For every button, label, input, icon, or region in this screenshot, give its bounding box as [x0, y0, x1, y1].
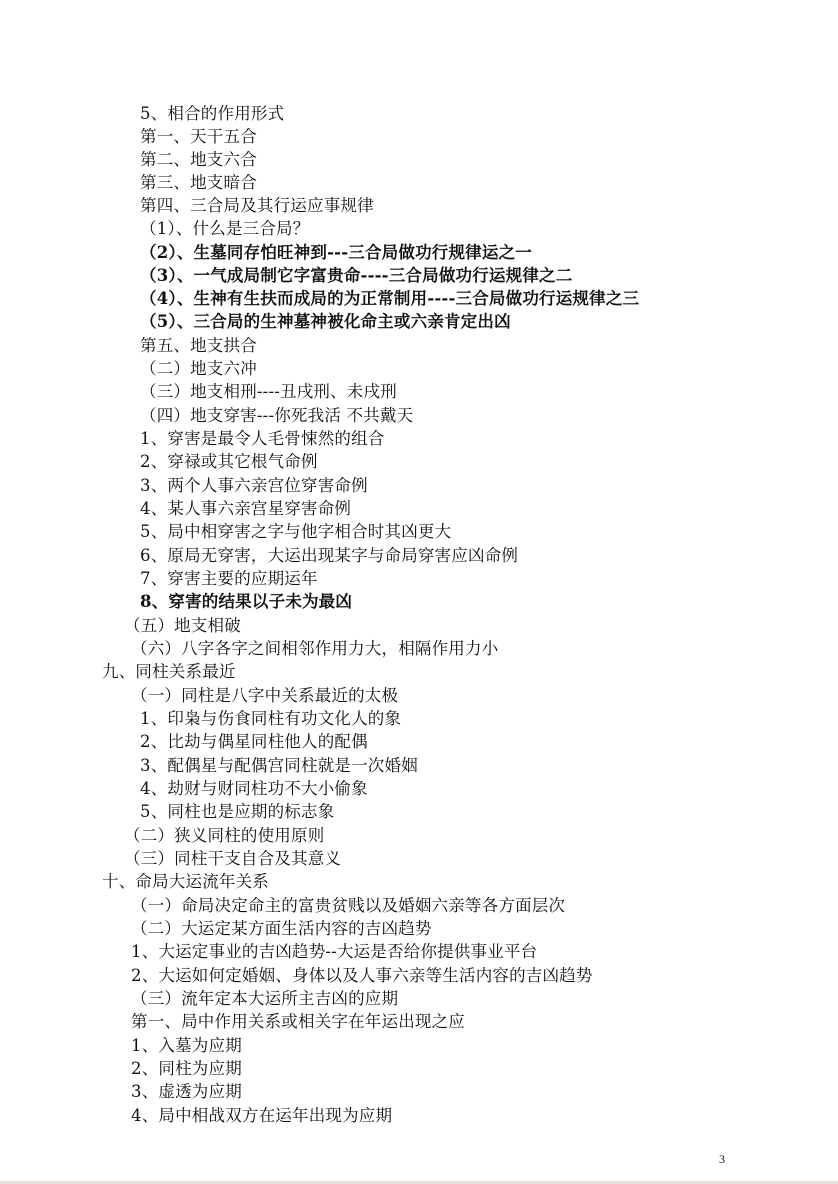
- outline-line: 4、局中相战双方在运年出现为应期: [131, 1106, 392, 1126]
- outline-line: 4、劫财与财同柱功不大小偷象: [140, 779, 368, 799]
- outline-line: 第三、地支暗合: [140, 173, 257, 193]
- outline-line: 2、同柱为应期: [131, 1059, 242, 1079]
- outline-line: 第四、三合局及其行运应事规律: [140, 196, 374, 216]
- outline-line: 1、大运定事业的吉凶趋势--大运是否给你提供事业平台: [131, 942, 537, 962]
- outline-line: 第一、天干五合: [140, 127, 257, 147]
- outline-line: （3）、一气成局制它字富贵命----三合局做功行运规律之二: [140, 266, 572, 286]
- document-page: 5、相合的作用形式第一、天干五合第二、地支六合第三、地支暗合第四、三合局及其行运…: [0, 0, 838, 1184]
- outline-line: （4）、生神有生扶而成局的为正常制用----三合局做功行运规律之三: [140, 289, 639, 309]
- outline-line: 7、穿害主要的应期运年: [140, 569, 318, 589]
- outline-line: 1、入墓为应期: [131, 1036, 242, 1056]
- outline-line: （一）命局决定命主的富贵贫贱以及婚姻六亲等各方面层次: [131, 896, 565, 916]
- outline-line: （三）同柱干支自合及其意义: [124, 849, 341, 869]
- outline-line: 3、虚透为应期: [131, 1082, 242, 1102]
- outline-line: 5、局中相穿害之字与他字相合时其凶更大: [140, 522, 451, 542]
- outline-line: 第一、局中作用关系或相关字在年运出现之应: [131, 1012, 465, 1032]
- outline-line: 第二、地支六合: [140, 150, 257, 170]
- outline-line: （三）地支相刑----丑戌刑、未戌刑: [140, 382, 397, 402]
- outline-line: （三）流年定本大运所主吉凶的应期: [131, 989, 398, 1009]
- outline-line: 5、同柱也是应期的标志象: [140, 802, 334, 822]
- outline-line: （2）、生墓同存怕旺神到---三合局做功行规律运之一: [140, 243, 532, 263]
- outline-line: （1）、什么是三合局？: [140, 219, 309, 239]
- outline-line: 十、命局大运流年关系: [102, 872, 269, 892]
- outline-line: 1、印枭与伤食同柱有功文化人的象: [140, 709, 401, 729]
- outline-line: 5、相合的作用形式: [140, 104, 284, 124]
- outline-line: 2、比劫与偶星同柱他人的配偶: [140, 732, 368, 752]
- outline-line: 3、配偶星与配偶宫同柱就是一次婚姻: [140, 756, 418, 776]
- outline-line: 2、穿禄或其它根气命例: [140, 452, 318, 472]
- outline-line: （六）八字各字之间相邻作用力大，相隔作用力小: [131, 639, 498, 659]
- outline-line: （二）狭义同柱的使用原则: [124, 826, 324, 846]
- outline-line: （一）同柱是八字中关系最近的太极: [131, 686, 398, 706]
- outline-line: 九、同柱关系最近: [102, 662, 236, 682]
- outline-line: （五）地支相破: [124, 616, 241, 636]
- outline-line: （四）地支穿害---你死我活 不共戴天: [140, 406, 413, 426]
- outline-line: 1、穿害是最令人毛骨悚然的组合: [140, 429, 385, 449]
- outline-line: （二）地支六冲: [140, 359, 257, 379]
- outline-line: 2、大运如何定婚姻、身体以及人事六亲等生活内容的吉凶趋势: [131, 966, 593, 986]
- outline-line: 第五、地支拱合: [140, 336, 257, 356]
- outline-line: 4、某人事六亲宫星穿害命例: [140, 499, 351, 519]
- outline-line: 8、穿害的结果以子未为最凶: [140, 592, 352, 612]
- page-number: 3: [719, 1152, 725, 1167]
- outline-line: 3、两个人事六亲宫位穿害命例: [140, 476, 368, 496]
- outline-line: （二）大运定某方面生活内容的吉凶趋势: [131, 919, 432, 939]
- outline-line: 6、原局无穿害，大运出现某字与命局穿害应凶命例: [140, 546, 518, 566]
- outline-line: （5）、三合局的生神墓神被化命主或六亲肯定出凶: [140, 312, 511, 332]
